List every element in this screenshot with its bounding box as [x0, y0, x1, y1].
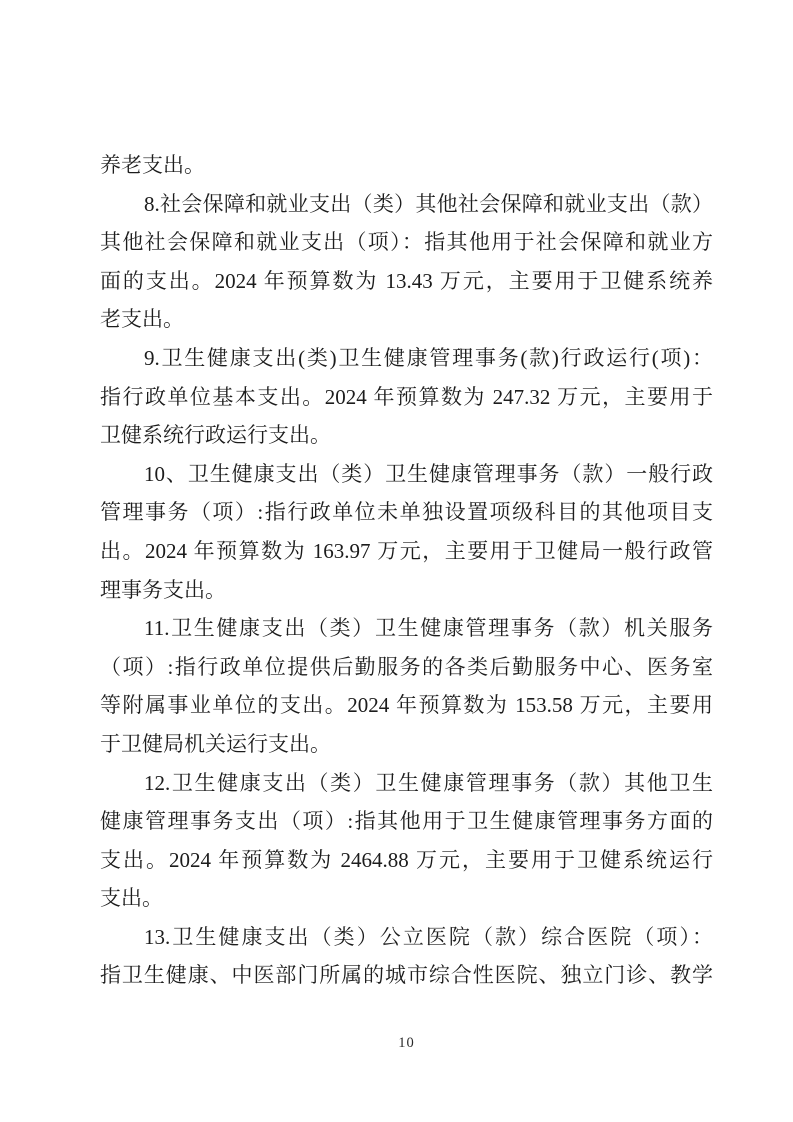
text-line: 13.卫生健康支出（类）公立医院（款）综合医院（项）： [100, 918, 713, 957]
paragraph-item-12: 12.卫生健康支出（类）卫生健康管理事务（款）其他卫生 健康管理事务支出（项）:… [100, 764, 713, 918]
text-line: 卫健系统行政运行支出。 [100, 416, 713, 455]
text-line: 于卫健局机关运行支出。 [100, 725, 713, 764]
document-body: 养老支出。 8.社会保障和就业支出（类）其他社会保障和就业支出（款） 其他社会保… [100, 146, 713, 995]
paragraph-item-10: 10、卫生健康支出（类）卫生健康管理事务（款）一般行政 管理事务（项）:指行政单… [100, 455, 713, 609]
text-line: 支出。 [100, 879, 713, 918]
text-line: 支出。2024 年预算数为 2464.88 万元，主要用于卫健系统运行 [100, 841, 713, 880]
text-line: 理事务支出。 [100, 571, 713, 610]
text-line: 面的支出。2024 年预算数为 13.43 万元，主要用于卫健系统养 [100, 262, 713, 301]
text-line: 指行政单位基本支出。2024 年预算数为 247.32 万元，主要用于 [100, 378, 713, 417]
text-line: （项）:指行政单位提供后勤服务的各类后勤服务中心、医务室 [100, 648, 713, 687]
text-line: 出。2024 年预算数为 163.97 万元，主要用于卫健局一般行政管 [100, 532, 713, 571]
text-line: 等附属事业单位的支出。2024 年预算数为 153.58 万元，主要用 [100, 686, 713, 725]
text-line: 管理事务（项）:指行政单位未单独设置项级科目的其他项目支 [100, 493, 713, 532]
text-line: 健康管理事务支出（项）:指其他用于卫生健康管理事务方面的 [100, 802, 713, 841]
text-line: 其他社会保障和就业支出（项）：指其他用于社会保障和就业方 [100, 223, 713, 262]
text-line: 养老支出。 [100, 146, 713, 185]
page-number: 10 [100, 1035, 713, 1052]
text-line: 10、卫生健康支出（类）卫生健康管理事务（款）一般行政 [100, 455, 713, 494]
text-line: 11.卫生健康支出（类）卫生健康管理事务（款）机关服务 [100, 609, 713, 648]
text-line: 指卫生健康、中医部门所属的城市综合性医院、独立门诊、教学 [100, 956, 713, 995]
paragraph-item-9: 9.卫生健康支出(类)卫生健康管理事务(款)行政运行(项)： 指行政单位基本支出… [100, 339, 713, 455]
text-line: 9.卫生健康支出(类)卫生健康管理事务(款)行政运行(项)： [100, 339, 713, 378]
document-page: 养老支出。 8.社会保障和就业支出（类）其他社会保障和就业支出（款） 其他社会保… [0, 0, 793, 1122]
paragraph-item-13: 13.卫生健康支出（类）公立医院（款）综合医院（项）： 指卫生健康、中医部门所属… [100, 918, 713, 995]
text-line: 8.社会保障和就业支出（类）其他社会保障和就业支出（款） [100, 185, 713, 224]
paragraph-item-11: 11.卫生健康支出（类）卫生健康管理事务（款）机关服务 （项）:指行政单位提供后… [100, 609, 713, 763]
text-line: 老支出。 [100, 300, 713, 339]
text-line: 12.卫生健康支出（类）卫生健康管理事务（款）其他卫生 [100, 764, 713, 803]
paragraph-item-8: 8.社会保障和就业支出（类）其他社会保障和就业支出（款） 其他社会保障和就业支出… [100, 185, 713, 339]
paragraph-continuation: 养老支出。 [100, 146, 713, 185]
